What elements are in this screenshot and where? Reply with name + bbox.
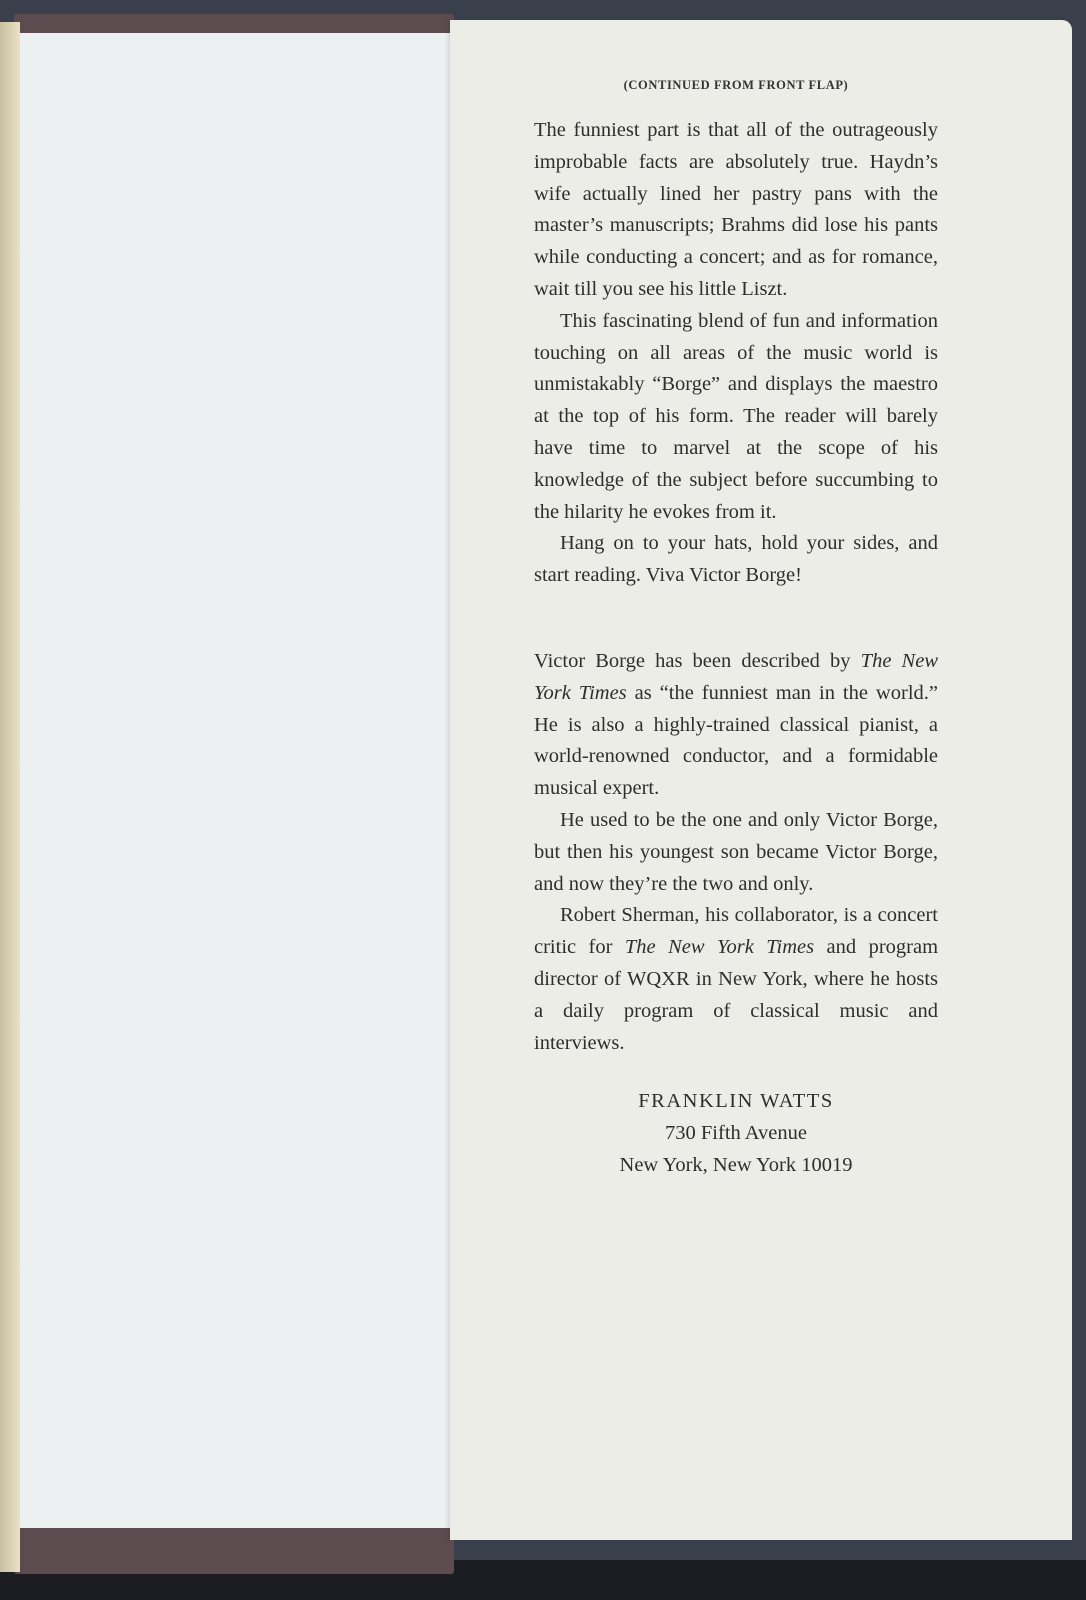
bio-paragraph-3: Robert Sherman, his collaborator, is a c… [534, 900, 938, 1059]
bio-paragraph-2: He used to be the one and only Victor Bo… [534, 805, 938, 900]
page-edge [0, 22, 20, 1572]
paragraph-3: Hang on to your hats, hold your sides, a… [534, 528, 938, 592]
publisher-block: FRANKLIN WATTS 730 Fifth Avenue New York… [534, 1085, 938, 1181]
continued-header: (CONTINUED FROM FRONT FLAP) [534, 78, 938, 93]
publisher-address-line-1: 730 Fifth Avenue [534, 1117, 938, 1149]
endpaper [20, 33, 460, 1528]
paragraph-2: This fascinating blend of fun and inform… [534, 306, 938, 529]
publication-title: The New York Times [625, 936, 814, 958]
publisher-address-line-2: New York, New York 10019 [534, 1149, 938, 1181]
publisher-name: FRANKLIN WATTS [534, 1085, 938, 1117]
jacket-back-flap: (CONTINUED FROM FRONT FLAP) The funniest… [450, 20, 1072, 1540]
bio-paragraph-1: Victor Borge has been described by The N… [534, 646, 938, 805]
flap-text: (CONTINUED FROM FRONT FLAP) The funniest… [534, 78, 938, 1181]
paragraph-1: The funniest part is that all of the out… [534, 115, 938, 306]
